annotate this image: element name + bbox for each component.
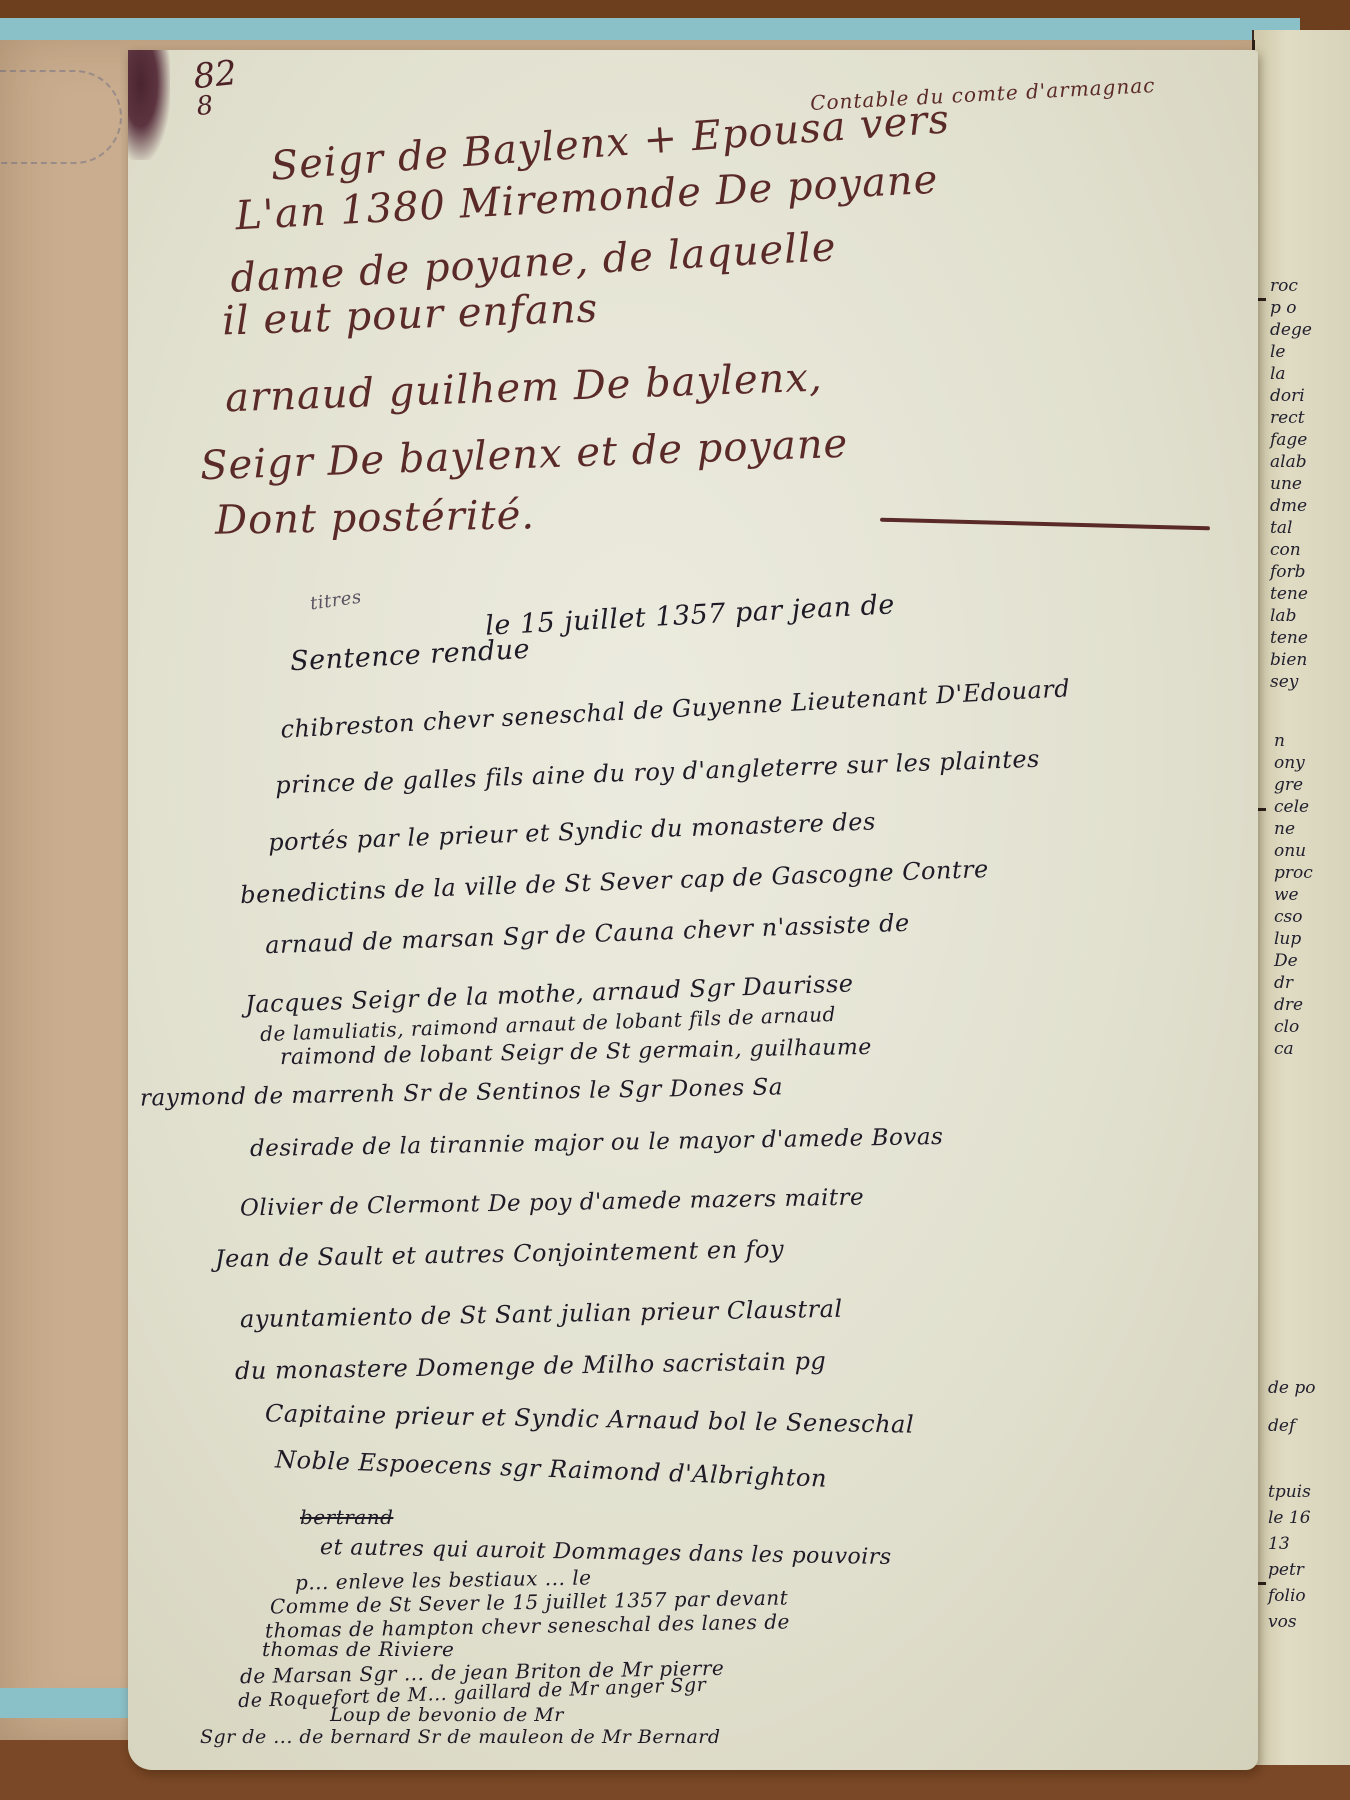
adjacent-page-text-bottom: de po def tpuis le 16 13 petr folio vos [1268, 1375, 1315, 1635]
folder-edge-stripe-bottom [0, 1688, 140, 1718]
folder-edge-stripe [0, 18, 1300, 40]
adjacent-page-text-mid: n ony gre cele ne onu proc we cso lup De… [1274, 730, 1313, 1060]
struck-word: bertrand [300, 1505, 393, 1529]
body-line: Loup de bevonio de Mr [330, 1704, 564, 1726]
adjacent-page-text-top: roc p o dege le la dori rect fage alab u… [1270, 275, 1312, 693]
body-line: Sgr de ... de bernard Sr de mauleon de M… [200, 1726, 721, 1748]
folio-number: 82 8 [192, 58, 241, 122]
adjacent-page: roc p o dege le la dori rect fage alab u… [1252, 30, 1350, 1765]
faded-stamp-mark [0, 70, 122, 164]
heading-line: Dont postérité. [215, 492, 536, 544]
body-line: thomas de Riviere [262, 1637, 454, 1661]
